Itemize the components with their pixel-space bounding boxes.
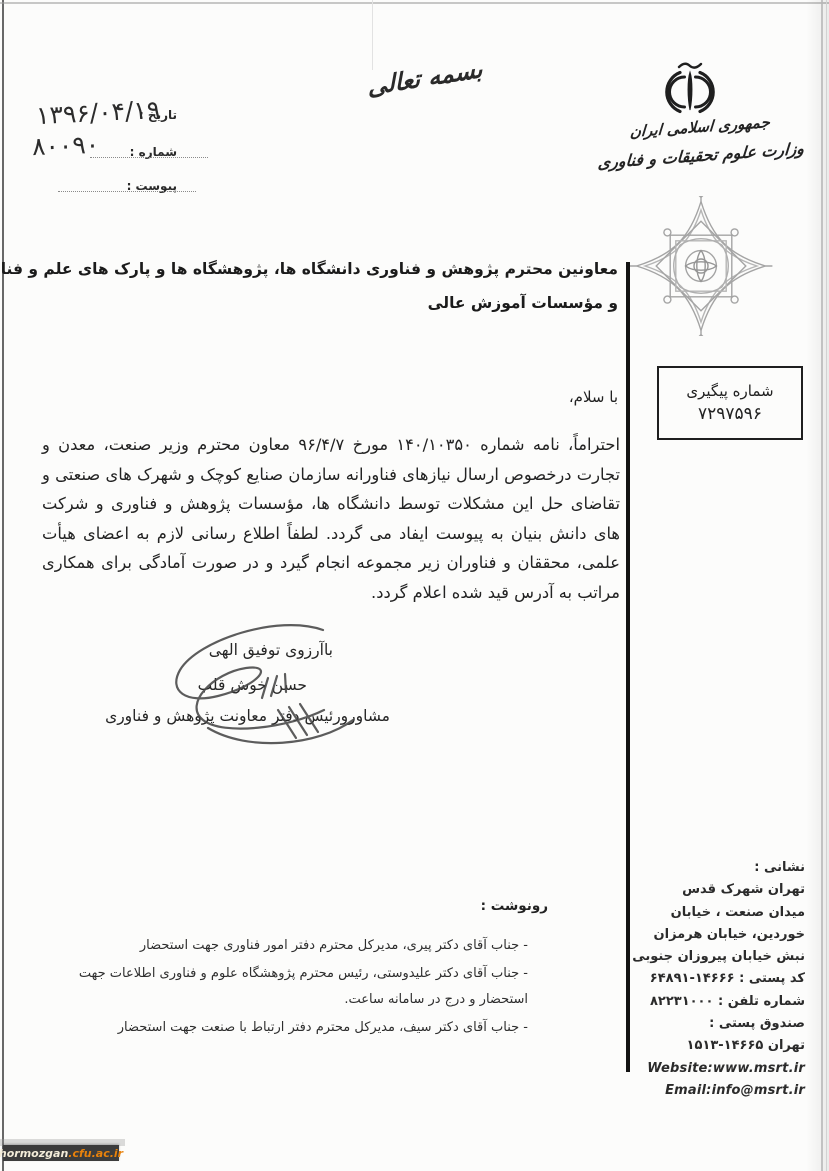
watermark-site-prefix: hormozgan bbox=[0, 1147, 68, 1160]
ornamental-seal-icon bbox=[626, 196, 776, 336]
scan-edge-top bbox=[0, 2, 829, 4]
contact-line-pobox: تهران ۱۴۶۶۵-۱۵۱۳ bbox=[623, 1035, 805, 1057]
contact-line-email: Email:info@msrt.ir bbox=[623, 1080, 805, 1102]
signature-scrawl-icon bbox=[128, 612, 388, 762]
tracking-number: ۷۲۹۷۵۹۶ bbox=[698, 404, 762, 424]
paper-crease bbox=[372, 0, 373, 70]
contact-line: نبش خیابان پیروزان جنوبی bbox=[623, 946, 805, 968]
salutation: با سلام، bbox=[569, 388, 618, 406]
ministry-title: وزارت علوم تحقیقات و فناوری bbox=[596, 139, 807, 173]
cc-list: - جناب آقای دکتر پیری، مدیرکل محترم دفتر… bbox=[45, 933, 528, 1042]
scanned-letter-page: بسمه تعالی جمهوری اسلامی ایران وزارت علو… bbox=[0, 0, 829, 1171]
cc-item: - جناب آقای دکتر سیف، مدیرکل محترم دفتر … bbox=[45, 1015, 528, 1042]
iran-emblem-icon bbox=[654, 60, 726, 122]
recipient-heading: معاونین محترم پژوهش و فناوری دانشگاه ها،… bbox=[58, 252, 618, 320]
scan-edge-right bbox=[821, 0, 823, 1171]
contact-block: نشانی : تهران شهرک قدس میدان صنعت ، خیاب… bbox=[623, 857, 805, 1102]
contact-line: خوردین، خیابان هرمزان bbox=[623, 924, 805, 946]
recipient-line-2: و مؤسسات آموزش عالی bbox=[58, 286, 618, 320]
attachment-dotted-line bbox=[58, 190, 196, 192]
contact-line-phone: شماره تلفن : ۸۲۲۳۱۰۰۰ bbox=[623, 991, 805, 1013]
contact-line: میدان صنعت ، خیابان bbox=[623, 902, 805, 924]
date-handwritten-value: ۱۳۹۶/۰۴/۱۹ bbox=[35, 95, 161, 130]
contact-line-postal-code: کد پستی : ۱۴۶۶۶-۶۴۸۹۱ bbox=[623, 968, 805, 990]
watermark-site-suffix: .cfu.ac.ir bbox=[68, 1147, 123, 1160]
contact-line-website: Website:www.msrt.ir bbox=[623, 1058, 805, 1080]
watermark-bar: hormozgan.cfu.ac.ir bbox=[3, 1145, 119, 1161]
scan-edge-left bbox=[2, 0, 4, 1171]
contact-line: تهران شهرک قدس bbox=[623, 879, 805, 901]
scan-edge-right-outer bbox=[826, 0, 827, 1171]
letter-body: احتراماً، نامه شماره ۱۴۰/۱۰۳۵۰ مورخ ۹۶/۴… bbox=[42, 430, 620, 607]
number-handwritten-value: ۸۰۰۹۰ bbox=[32, 130, 100, 161]
tracking-label: شماره پیگیری bbox=[686, 382, 773, 400]
recipient-line-1: معاونین محترم پژوهش و فناوری دانشگاه ها،… bbox=[58, 252, 618, 286]
cc-item: - جناب آقای دکتر علیدوستی، رئیس محترم پژ… bbox=[45, 961, 528, 1014]
tracking-number-box: شماره پیگیری ۷۲۹۷۵۹۶ bbox=[657, 366, 803, 440]
contact-line-address-label: نشانی : bbox=[623, 857, 805, 879]
number-dotted-line bbox=[90, 156, 208, 158]
cc-label: رونوشت : bbox=[481, 898, 548, 914]
bismillah-calligraphy: بسمه تعالی bbox=[345, 51, 505, 104]
cc-item: - جناب آقای دکتر پیری، مدیرکل محترم دفتر… bbox=[45, 933, 528, 960]
contact-line-pobox-label: صندوق پستی : bbox=[623, 1013, 805, 1035]
